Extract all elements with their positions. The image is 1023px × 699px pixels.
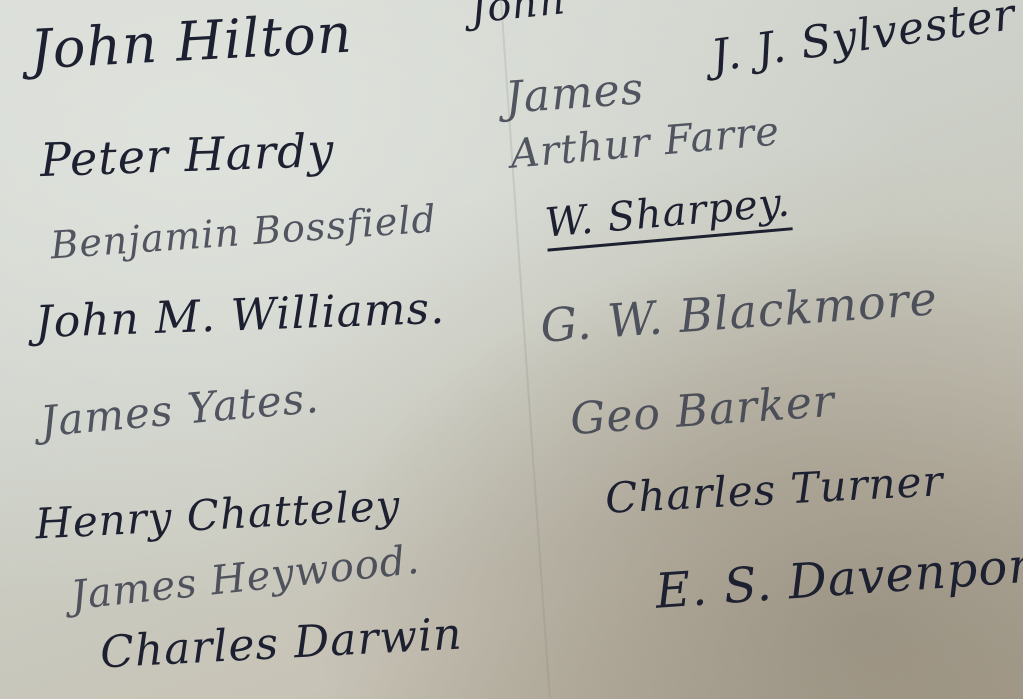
signature: James xyxy=(503,63,645,124)
signature: J. J. Sylvester xyxy=(708,0,1019,82)
signature: Geo Barker xyxy=(569,376,837,445)
signature: James Yates. xyxy=(38,373,321,446)
signature: Charles Turner xyxy=(604,456,945,523)
signature: Benjamin Bossfield xyxy=(49,197,438,268)
signature: E. S. Davenport xyxy=(654,536,1023,620)
signature: Henry Chatteley xyxy=(34,480,402,548)
signature: G. W. Blackmore xyxy=(539,271,940,353)
signature: W. Sharpey. xyxy=(543,179,792,251)
signature: James Heywood. xyxy=(69,537,422,619)
signature: Charles Darwin xyxy=(99,609,464,679)
signature: John Hilton xyxy=(29,2,354,82)
signature: Peter Hardy xyxy=(39,123,335,187)
signature: John xyxy=(468,0,568,33)
signature-sheet: John Hilton Peter Hardy Benjamin Bossfie… xyxy=(0,0,1023,699)
signature: John M. Williams. xyxy=(34,283,446,348)
